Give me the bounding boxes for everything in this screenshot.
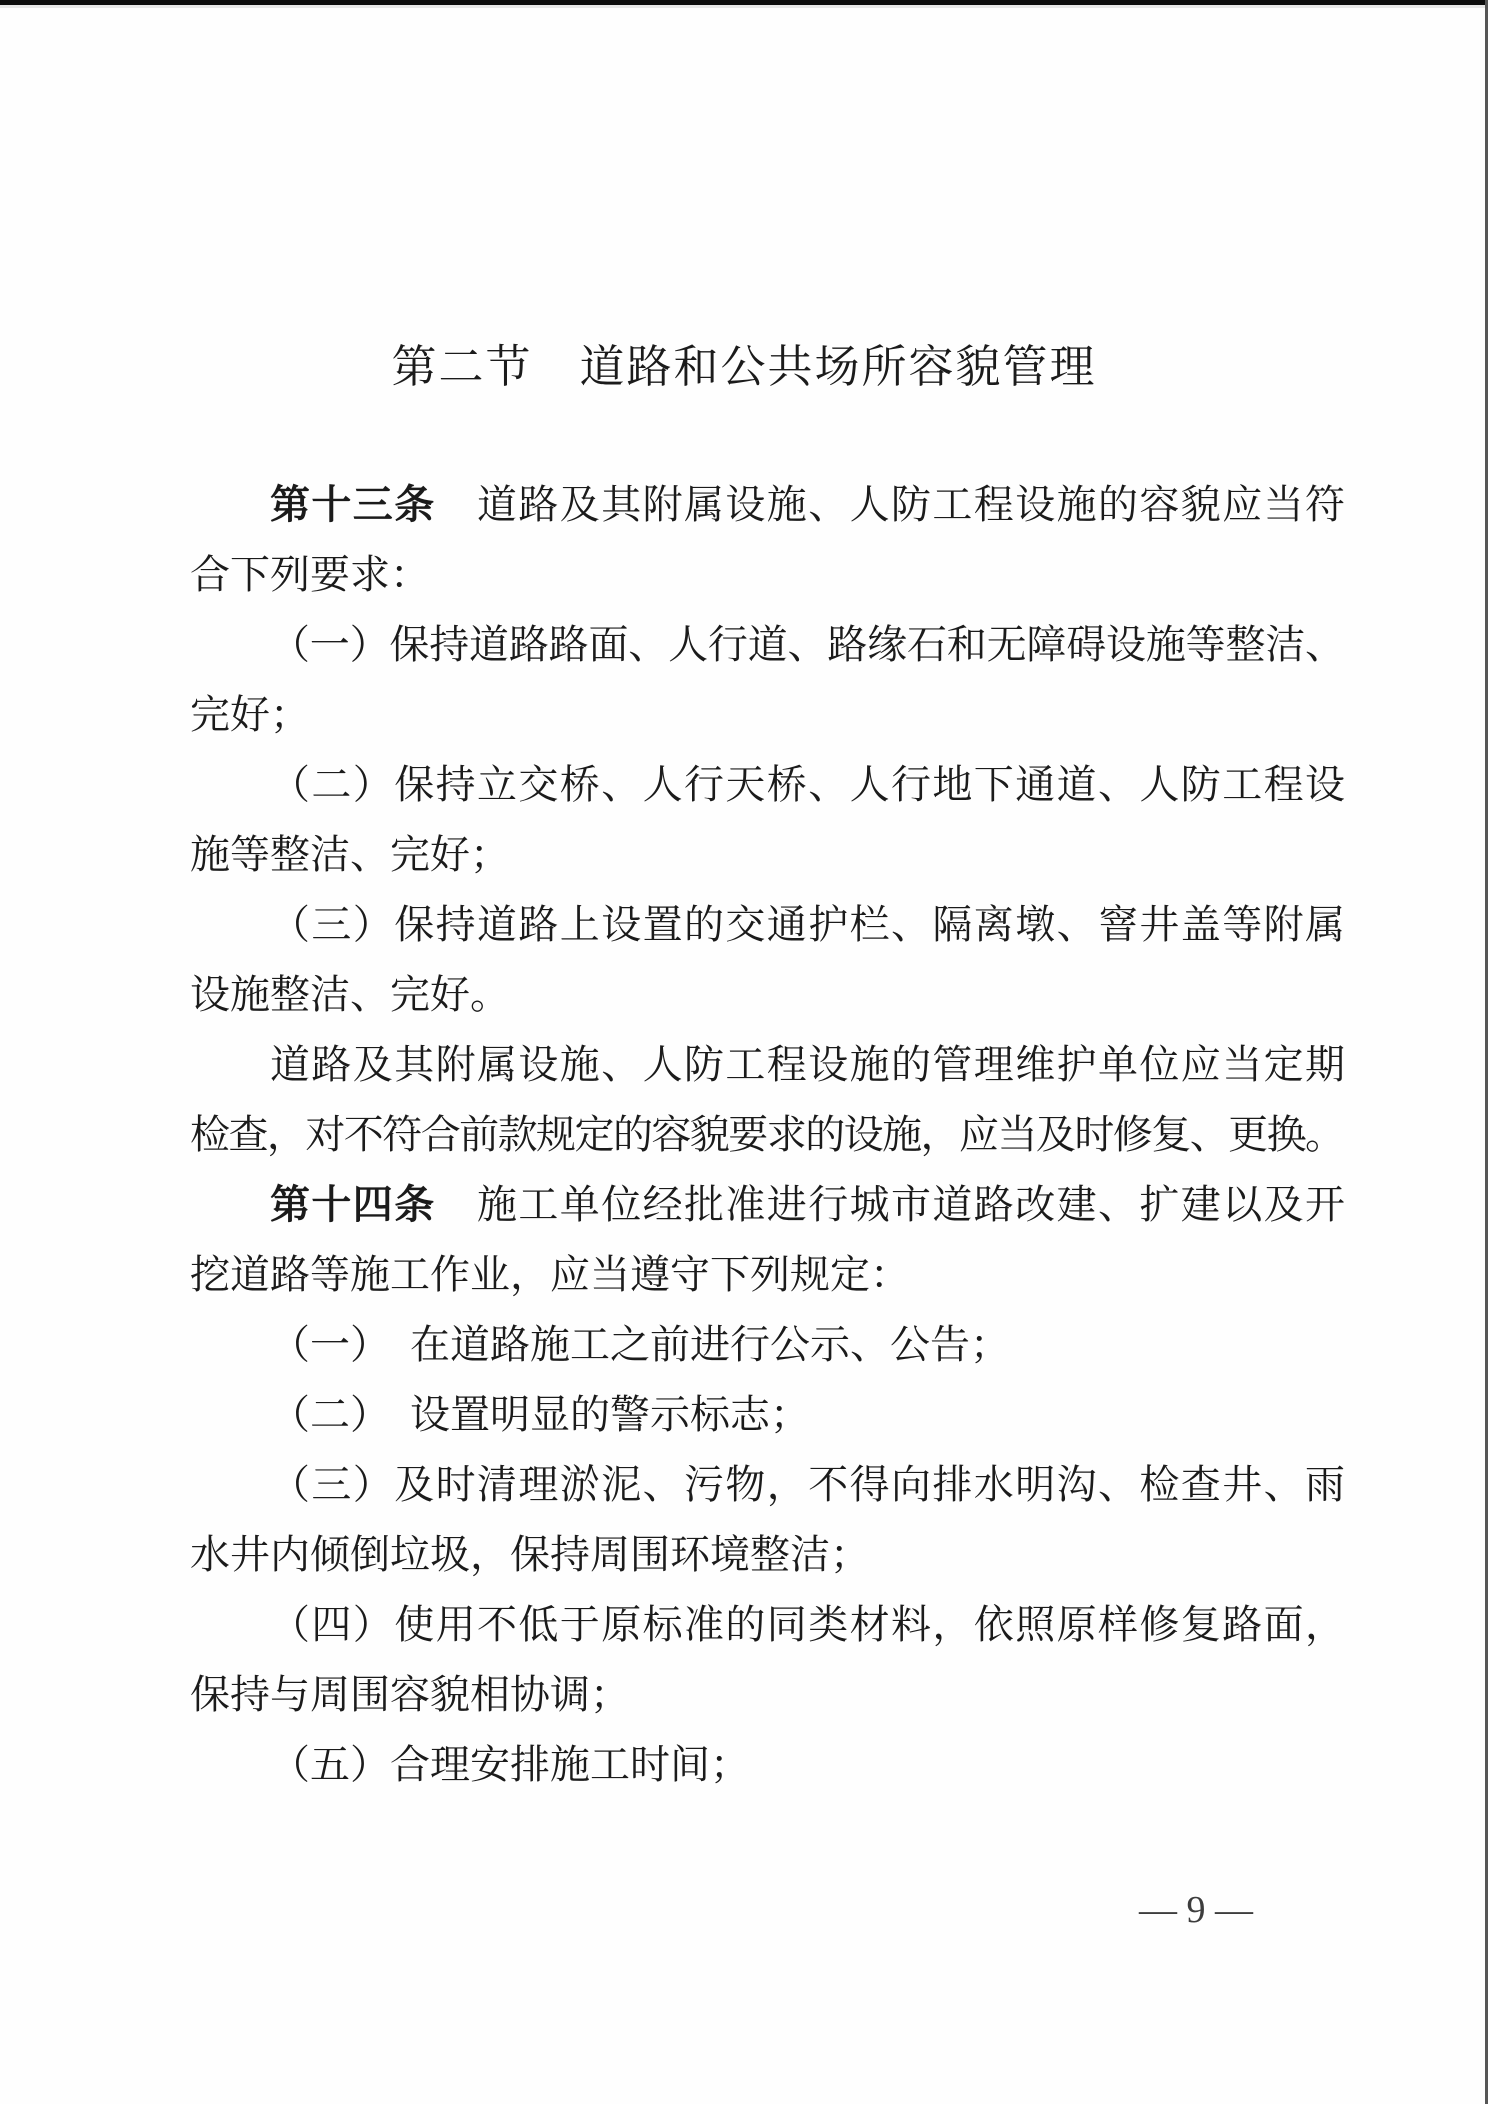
document-body: 第十三条 道路及其附属设施、人防工程设施的容貌应当符合下列要求：（一）保持道路路… <box>190 470 1345 1800</box>
text-segment: （三）及时清理淤泥、污物，不得向排水明沟、检查井、雨 <box>270 1462 1346 1507</box>
document-line: 设施整洁、完好。 <box>190 960 1345 1030</box>
text-segment: 完好； <box>190 692 310 737</box>
text-segment: 挖道路等施工作业，应当遵守下列规定： <box>190 1252 910 1297</box>
document-line: （一）保持道路路面、人行道、路缘石和无障碍设施等整洁、 <box>190 610 1345 680</box>
text-segment: 施工单位经批准进行城市道路改建、扩建以及开 <box>436 1182 1347 1227</box>
document-line: （四）使用不低于原标准的同类材料，依照原样修复路面， <box>190 1590 1345 1660</box>
text-segment: 设施整洁、完好。 <box>190 972 510 1017</box>
document-line: （二）保持立交桥、人行天桥、人行地下通道、人防工程设 <box>190 750 1345 820</box>
text-segment: （一） 在道路施工之前进行公示、公告； <box>270 1322 1010 1367</box>
text-segment: 合下列要求： <box>190 552 430 597</box>
text-segment: （二）保持立交桥、人行天桥、人行地下通道、人防工程设 <box>270 762 1346 807</box>
document-line: 施等整洁、完好； <box>190 820 1345 890</box>
document-line: 第十四条 施工单位经批准进行城市道路改建、扩建以及开 <box>190 1170 1345 1240</box>
document-line: （二） 设置明显的警示标志； <box>190 1380 1345 1450</box>
text-segment: 检查，对不符合前款规定的容貌要求的设施，应当及时修复、更换。 <box>190 1112 1344 1157</box>
text-segment: 保持与周围容貌相协调； <box>190 1672 630 1717</box>
document-line: 合下列要求： <box>190 540 1345 610</box>
document-line: 道路及其附属设施、人防工程设施的管理维护单位应当定期 <box>190 1030 1345 1100</box>
page-number: — 9 — <box>1106 1880 1286 1940</box>
article-number: 第十三条 <box>270 483 436 527</box>
text-segment: （二） 设置明显的警示标志； <box>270 1392 810 1437</box>
text-segment: （四）使用不低于原标准的同类材料，依照原样修复路面， <box>270 1602 1346 1647</box>
document-line: 完好； <box>190 680 1345 750</box>
document-line: （三）保持道路上设置的交通护栏、隔离墩、窨井盖等附属 <box>190 890 1345 960</box>
document-line: （五）合理安排施工时间； <box>190 1730 1345 1800</box>
text-segment: 道路及其附属设施、人防工程设施的管理维护单位应当定期 <box>270 1042 1346 1087</box>
document-line: （一） 在道路施工之前进行公示、公告； <box>190 1310 1345 1380</box>
text-segment: （一）保持道路路面、人行道、路缘石和无障碍设施等整洁、 <box>270 622 1345 667</box>
document-line: 保持与周围容貌相协调； <box>190 1660 1345 1730</box>
document-line: 挖道路等施工作业，应当遵守下列规定： <box>190 1240 1345 1310</box>
section-title: 第二节 道路和公共场所容貌管理 <box>0 332 1488 402</box>
document-line: 检查，对不符合前款规定的容貌要求的设施，应当及时修复、更换。 <box>190 1100 1345 1170</box>
document-line: （三）及时清理淤泥、污物，不得向排水明沟、检查井、雨 <box>190 1450 1345 1520</box>
document-line: 第十三条 道路及其附属设施、人防工程设施的容貌应当符 <box>190 470 1345 540</box>
text-segment: 道路及其附属设施、人防工程设施的容貌应当符 <box>436 482 1347 527</box>
page-top-edge-shadow <box>0 5 1488 8</box>
document-line: 水井内倾倒垃圾，保持周围环境整洁； <box>190 1520 1345 1590</box>
text-segment: （五）合理安排施工时间； <box>270 1742 750 1787</box>
text-segment: 施等整洁、完好； <box>190 832 510 877</box>
text-segment: （三）保持道路上设置的交通护栏、隔离墩、窨井盖等附属 <box>270 902 1346 947</box>
article-number: 第十四条 <box>270 1183 436 1227</box>
text-segment: 水井内倾倒垃圾，保持周围环境整洁； <box>190 1532 870 1577</box>
document-page: { "document": { "section_title": "第二节 道路… <box>0 0 1488 2104</box>
